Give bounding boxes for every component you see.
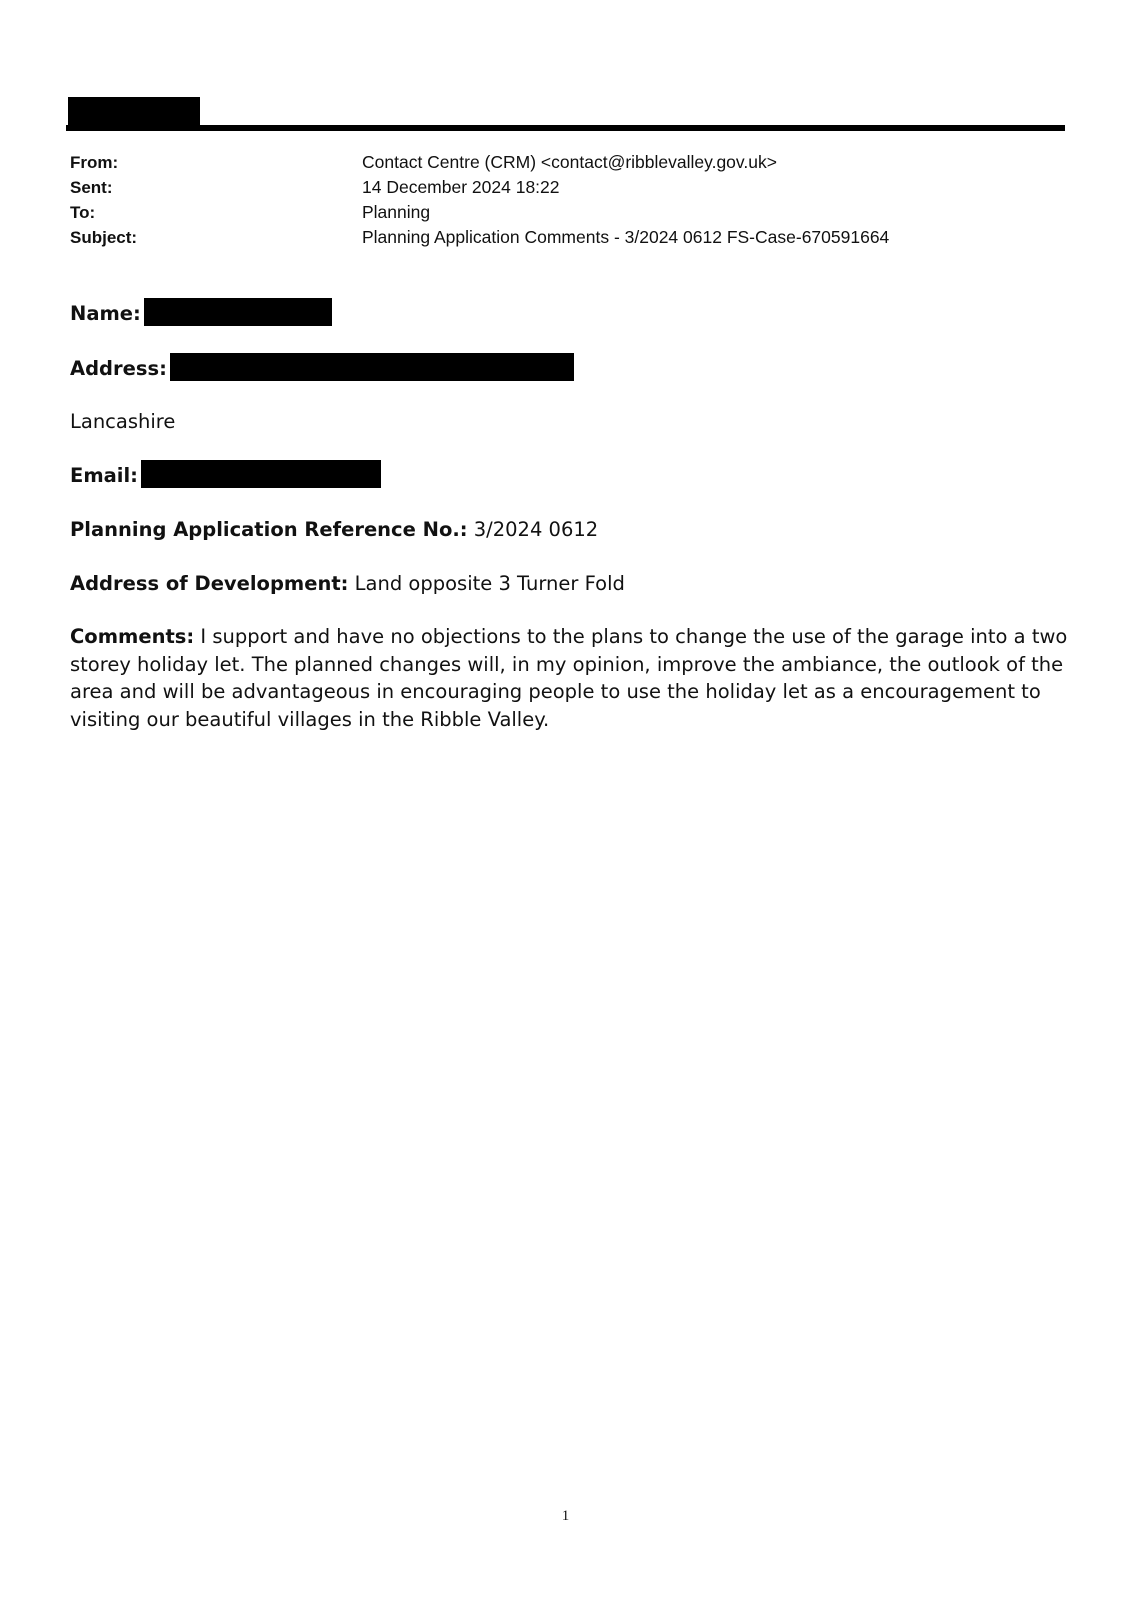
field-label: Comments:: [70, 625, 194, 648]
redacted-name: [144, 298, 332, 326]
field-development-address: Address of Development: Land opposite 3 …: [70, 570, 625, 597]
meta-label: To:: [70, 200, 95, 225]
redacted-address: [170, 353, 574, 381]
field-county: Lancashire: [70, 408, 175, 435]
field-label: Name:: [70, 302, 141, 325]
redacted-header-name: [68, 97, 200, 127]
meta-value: Planning: [362, 200, 430, 225]
field-value: I support and have no objections to the …: [70, 625, 1067, 731]
field-value: Land opposite 3 Turner Fold: [348, 572, 624, 595]
field-email: Email:: [70, 462, 381, 491]
document-page: From: Contact Centre (CRM) <contact@ribb…: [0, 0, 1131, 1600]
field-label: Email:: [70, 464, 138, 487]
field-value: 3/2024 0612: [468, 518, 599, 541]
header-rule: [66, 125, 1065, 131]
meta-label: From:: [70, 150, 118, 175]
field-reference: Planning Application Reference No.: 3/20…: [70, 516, 598, 543]
field-label: Address of Development:: [70, 572, 348, 595]
field-comments: Comments: I support and have no objectio…: [70, 623, 1070, 733]
redacted-email: [141, 460, 381, 488]
field-label: Address:: [70, 357, 167, 380]
field-address: Address:: [70, 355, 574, 384]
meta-value: Contact Centre (CRM) <contact@ribblevall…: [362, 150, 777, 175]
field-label: Planning Application Reference No.:: [70, 518, 468, 541]
meta-label: Subject:: [70, 225, 137, 250]
meta-label: Sent:: [70, 175, 113, 200]
meta-value: 14 December 2024 18:22: [362, 175, 560, 200]
meta-value: Planning Application Comments - 3/2024 0…: [362, 225, 889, 250]
page-number: 1: [0, 1508, 1131, 1525]
field-name: Name:: [70, 300, 332, 329]
